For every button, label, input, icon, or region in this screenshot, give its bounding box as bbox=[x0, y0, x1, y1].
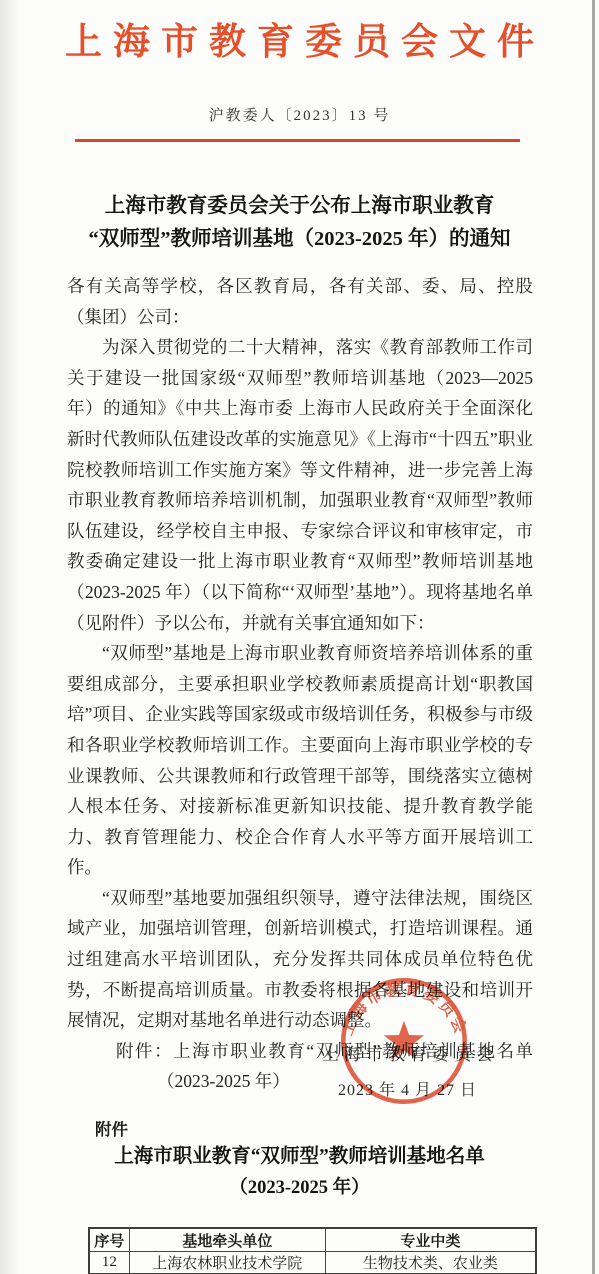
scan-edge-right bbox=[592, 0, 595, 1274]
document-title-line2: “双师型”教师培训基地（2023-2025 年）的通知 bbox=[30, 223, 569, 256]
document-title-line1: 上海市教育委员会关于公布上海市职业教育 bbox=[30, 190, 569, 223]
header-cell-lead-unit: 基地牵头单位 bbox=[129, 1228, 325, 1252]
masthead-title: 上海市教育委员会文件 bbox=[0, 11, 599, 65]
paragraph-3: “双师型”基地要加强组织领导，遵守法律法规，围绕区域产业，加强培训管理，创新培训… bbox=[67, 883, 533, 1036]
signer-name: 上海市教育委员会 bbox=[280, 1040, 535, 1065]
cell-index: 12 bbox=[89, 1252, 129, 1274]
base-roster-table: 序号 基地牵头单位 专业中类 12 上海农林职业技术学院 生物技术类、农业类 bbox=[88, 1227, 537, 1274]
table-row: 12 上海农林职业技术学院 生物技术类、农业类 bbox=[89, 1252, 536, 1274]
paragraph-2: “双师型”基地是上海市职业教育师资培养培训体系的重要组成部分，主要承担职业学校教… bbox=[67, 638, 533, 883]
header-cell-index: 序号 bbox=[89, 1228, 129, 1252]
cell-major-category: 生物技术类、农业类 bbox=[325, 1252, 536, 1274]
attachment-title-line2: （2023-2025 年） bbox=[0, 1173, 599, 1199]
document-body: 各有关高等学校，各区教育局，各有关部、委、局、控股（集团）公司： 为深入贯彻党的… bbox=[67, 271, 533, 1097]
scan-edge-left bbox=[0, 0, 20, 1274]
attachment-section-label: 附件 bbox=[95, 1116, 128, 1140]
attachment-title-line1: 上海市职业教育“双师型”教师培训基地名单 bbox=[0, 1140, 599, 1168]
signature-block: 上海市教育委员会 2023 年 4 月 27 日 bbox=[280, 1040, 535, 1100]
paragraph-1: 为深入贯彻党的二十大精神，落实《教育部教师工作司关于建设一批国家级“双师型”教师… bbox=[67, 332, 533, 638]
cell-lead-unit: 上海农林职业技术学院 bbox=[129, 1252, 325, 1274]
addressee-line: 各有关高等学校，各区教育局，各有关部、委、局、控股（集团）公司： bbox=[67, 271, 533, 332]
document-page: 上海市教育委员会文件 沪教委人〔2023〕13 号 上海市教育委员会关于公布上海… bbox=[0, 0, 599, 1274]
table-header-row: 序号 基地牵头单位 专业中类 bbox=[89, 1228, 536, 1252]
document-number: 沪教委人〔2023〕13 号 bbox=[0, 104, 599, 125]
document-title: 上海市教育委员会关于公布上海市职业教育 “双师型”教师培训基地（2023-202… bbox=[30, 190, 569, 256]
red-divider-rule bbox=[75, 139, 520, 142]
header-cell-major-category: 专业中类 bbox=[325, 1228, 536, 1252]
signature-date: 2023 年 4 月 27 日 bbox=[280, 1077, 535, 1100]
